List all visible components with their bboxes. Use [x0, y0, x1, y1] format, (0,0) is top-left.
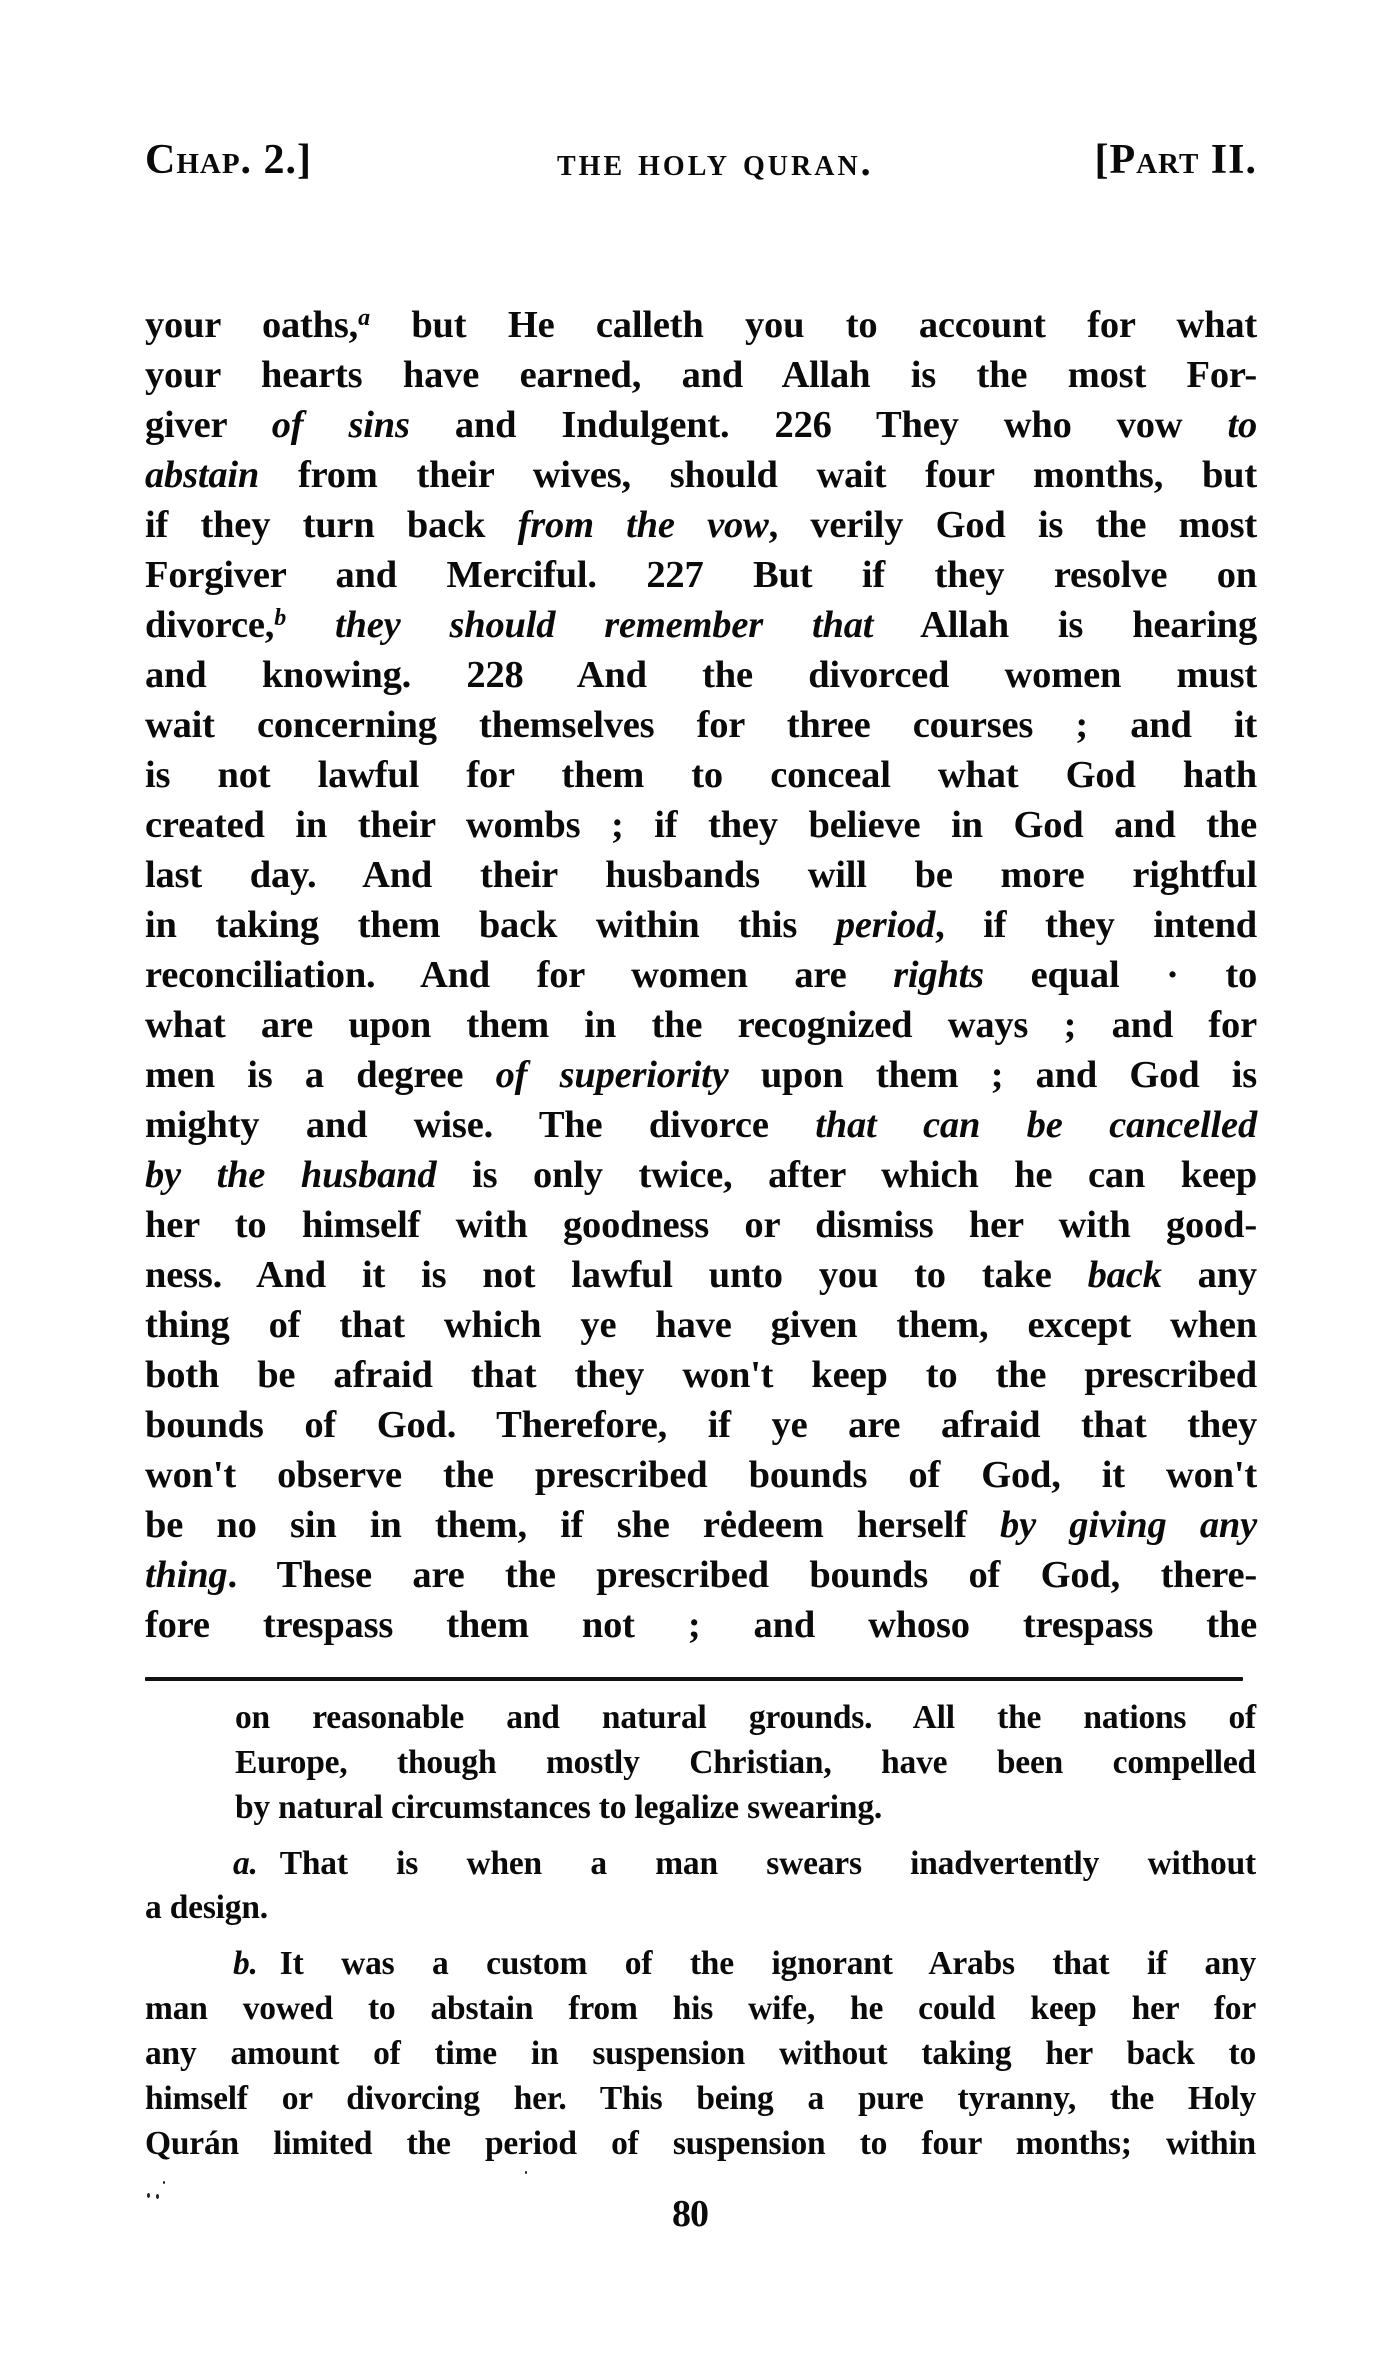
footnote-a-line: a design.: [145, 1885, 1256, 1930]
body-line: thing. These are the prescribed bounds o…: [145, 1550, 1257, 1600]
text-segment: your hearts have earned, and Allah is th…: [145, 354, 1257, 396]
italic-text: rights: [893, 954, 984, 996]
text-segment: reconciliation. And for women are: [145, 954, 893, 996]
text-segment: and knowing. 228 And the divorced women …: [145, 654, 1257, 696]
chapter-label: Chap. 2.]: [145, 134, 312, 186]
footnote-b-line: any amount of time in suspension without…: [145, 2031, 1256, 2076]
body-line: wait concerning themselves for three cou…: [145, 700, 1257, 750]
text-segment: in taking them back within this: [145, 904, 836, 946]
body-line: your oaths,a but He calleth you to accou…: [145, 300, 1257, 350]
body-line: by the husband is only twice, after whic…: [145, 1150, 1257, 1200]
footnote-marker-a: a.: [233, 1845, 258, 1882]
text-segment: any: [1162, 1254, 1257, 1296]
text-segment: mighty and wise. The divorce: [145, 1104, 815, 1146]
italic-text: from the vow: [518, 504, 769, 546]
body-line: last day. And their husbands will be mor…: [145, 850, 1257, 900]
scan-speck: [163, 2181, 165, 2184]
italic-text: they should remember that: [335, 604, 873, 646]
italic-text: by the husband: [145, 1154, 436, 1196]
footnote-a-line: That is when a man swears inadvertently …: [280, 1845, 1256, 1882]
text-segment: won't observe the prescribed bounds of G…: [145, 1454, 1257, 1496]
footnote-b-line: man vowed to abstain from his wife, he c…: [145, 1986, 1256, 2031]
body-line: giver of sins and Indulgent. 226 They wh…: [145, 400, 1257, 450]
text-segment: men is a degree: [145, 1054, 496, 1096]
text-segment: her to himself with goodness or dismiss …: [145, 1204, 1257, 1246]
text-segment: last day. And their husbands will be mor…: [145, 854, 1257, 896]
footnote-rule: [145, 1677, 1243, 1681]
body-line: reconciliation. And for women are rights…: [145, 950, 1257, 1000]
italic-text: period: [836, 904, 935, 946]
italic-text: that can be cancelled: [815, 1104, 1257, 1146]
text-segment: . These are the prescribed bounds of God…: [227, 1554, 1257, 1596]
text-segment: [286, 604, 335, 646]
body-line: if they turn back from the vow, verily G…: [145, 500, 1257, 550]
body-line: is not lawful for them to conceal what G…: [145, 750, 1257, 800]
footnote-b-line: Qurán limited the period of suspension t…: [145, 2121, 1256, 2166]
text-segment: bounds of God. Therefore, if ye are afra…: [145, 1404, 1257, 1446]
body-line: in taking them back within this period, …: [145, 900, 1257, 950]
body-line: divorce,b they should remember that Alla…: [145, 600, 1257, 650]
body-line: created in their wombs ; if they believe…: [145, 800, 1257, 850]
footnote-continuation-line: Europe, though mostly Christian, have be…: [235, 1740, 1256, 1785]
text-segment: divorce,: [145, 604, 274, 646]
body-line: bounds of God. Therefore, if ye are afra…: [145, 1400, 1257, 1450]
text-segment: , if they intend: [935, 904, 1257, 946]
italic-text: of sins: [272, 404, 410, 446]
text-segment: , verily God is the most: [769, 504, 1257, 546]
body-line: both be afraid that they won't keep to t…: [145, 1350, 1257, 1400]
text-segment: if they turn back: [145, 504, 518, 546]
text-segment: is only twice, after which he can keep: [436, 1154, 1257, 1196]
text-segment: equal · to: [984, 954, 1257, 996]
footnote-reference: b: [274, 605, 286, 631]
text-segment: fore trespass them not ; and whoso tresp…: [145, 1604, 1257, 1646]
text-segment: ness. And it is not lawful unto you to t…: [145, 1254, 1088, 1296]
text-segment: Allah is hearing: [873, 604, 1257, 646]
text-segment: both be afraid that they won't keep to t…: [145, 1354, 1257, 1396]
body-line: your hearts have earned, and Allah is th…: [145, 350, 1257, 400]
body-line: and knowing. 228 And the divorced women …: [145, 650, 1257, 700]
footnote-b-line: himself or divorcing her. This being a p…: [145, 2076, 1256, 2121]
text-segment: wait concerning themselves for three cou…: [145, 704, 1257, 746]
running-head: Chap. 2.] THE HOLY QURAN. [Part II.: [145, 134, 1257, 186]
footnote-marker-b: b.: [233, 1945, 258, 1982]
footnote-a: a.That is when a man swears inadvertentl…: [145, 1841, 1256, 1886]
part-label: [Part II.: [1094, 134, 1257, 186]
body-line: be no sin in them, if she rėdeem herself…: [145, 1500, 1257, 1550]
scan-speck: [156, 2194, 159, 2199]
body-line: fore trespass them not ; and whoso tresp…: [145, 1600, 1257, 1650]
footnote-continuation-line: on reasonable and natural grounds. All t…: [235, 1695, 1256, 1740]
text-segment: be no sin in them, if she rėdeem herself: [145, 1504, 1000, 1546]
italic-text: back: [1088, 1254, 1162, 1296]
text-segment: what are upon them in the recognized way…: [145, 1004, 1257, 1046]
body-line: men is a degree of superiority upon them…: [145, 1050, 1257, 1100]
body-line: thing of that which ye have given them, …: [145, 1300, 1257, 1350]
text-segment: upon them ; and God is: [729, 1054, 1257, 1096]
text-segment: but He calleth you to account for what: [370, 304, 1257, 346]
text-segment: Forgiver and Merciful. 227 But if they r…: [145, 554, 1257, 596]
text-segment: your oaths,: [145, 304, 358, 346]
text-segment: is not lawful for them to conceal what G…: [145, 754, 1257, 796]
text-segment: created in their wombs ; if they believe…: [145, 804, 1257, 846]
italic-text: abstain: [145, 454, 259, 496]
text-segment: thing of that which ye have given them, …: [145, 1304, 1257, 1346]
body-line: mighty and wise. The divorce that can be…: [145, 1100, 1257, 1150]
text-segment: and Indulgent. 226 They who vow: [410, 404, 1228, 446]
body-line: her to himself with goodness or dismiss …: [145, 1200, 1257, 1250]
italic-text: thing: [145, 1554, 227, 1596]
italic-text: to: [1227, 404, 1257, 446]
book-title: THE HOLY QURAN.: [557, 140, 874, 184]
footnote-continuation-line: by natural circumstances to legalize swe…: [235, 1785, 1256, 1830]
italic-text: by giving any: [1000, 1504, 1257, 1546]
text-segment: from their wives, should wait four month…: [259, 454, 1257, 496]
body-line: ness. And it is not lawful unto you to t…: [145, 1250, 1257, 1300]
page-number: 80: [672, 2194, 708, 2234]
italic-text: of superiority: [496, 1054, 729, 1096]
body-line: Forgiver and Merciful. 227 But if they r…: [145, 550, 1257, 600]
body-line: abstain from their wives, should wait fo…: [145, 450, 1257, 500]
scan-speck: [147, 2193, 150, 2198]
footnote-b: b.It was a custom of the ignorant Arabs …: [145, 1941, 1256, 1986]
body-line: what are upon them in the recognized way…: [145, 1000, 1257, 1050]
scan-speck: [525, 2171, 527, 2174]
footnote-reference: a: [358, 305, 370, 331]
body-line: won't observe the prescribed bounds of G…: [145, 1450, 1257, 1500]
book-page: Chap. 2.] THE HOLY QURAN. [Part II. your…: [0, 0, 1400, 2360]
text-segment: giver: [145, 404, 272, 446]
footnote-b-line: It was a custom of the ignorant Arabs th…: [280, 1945, 1256, 1982]
